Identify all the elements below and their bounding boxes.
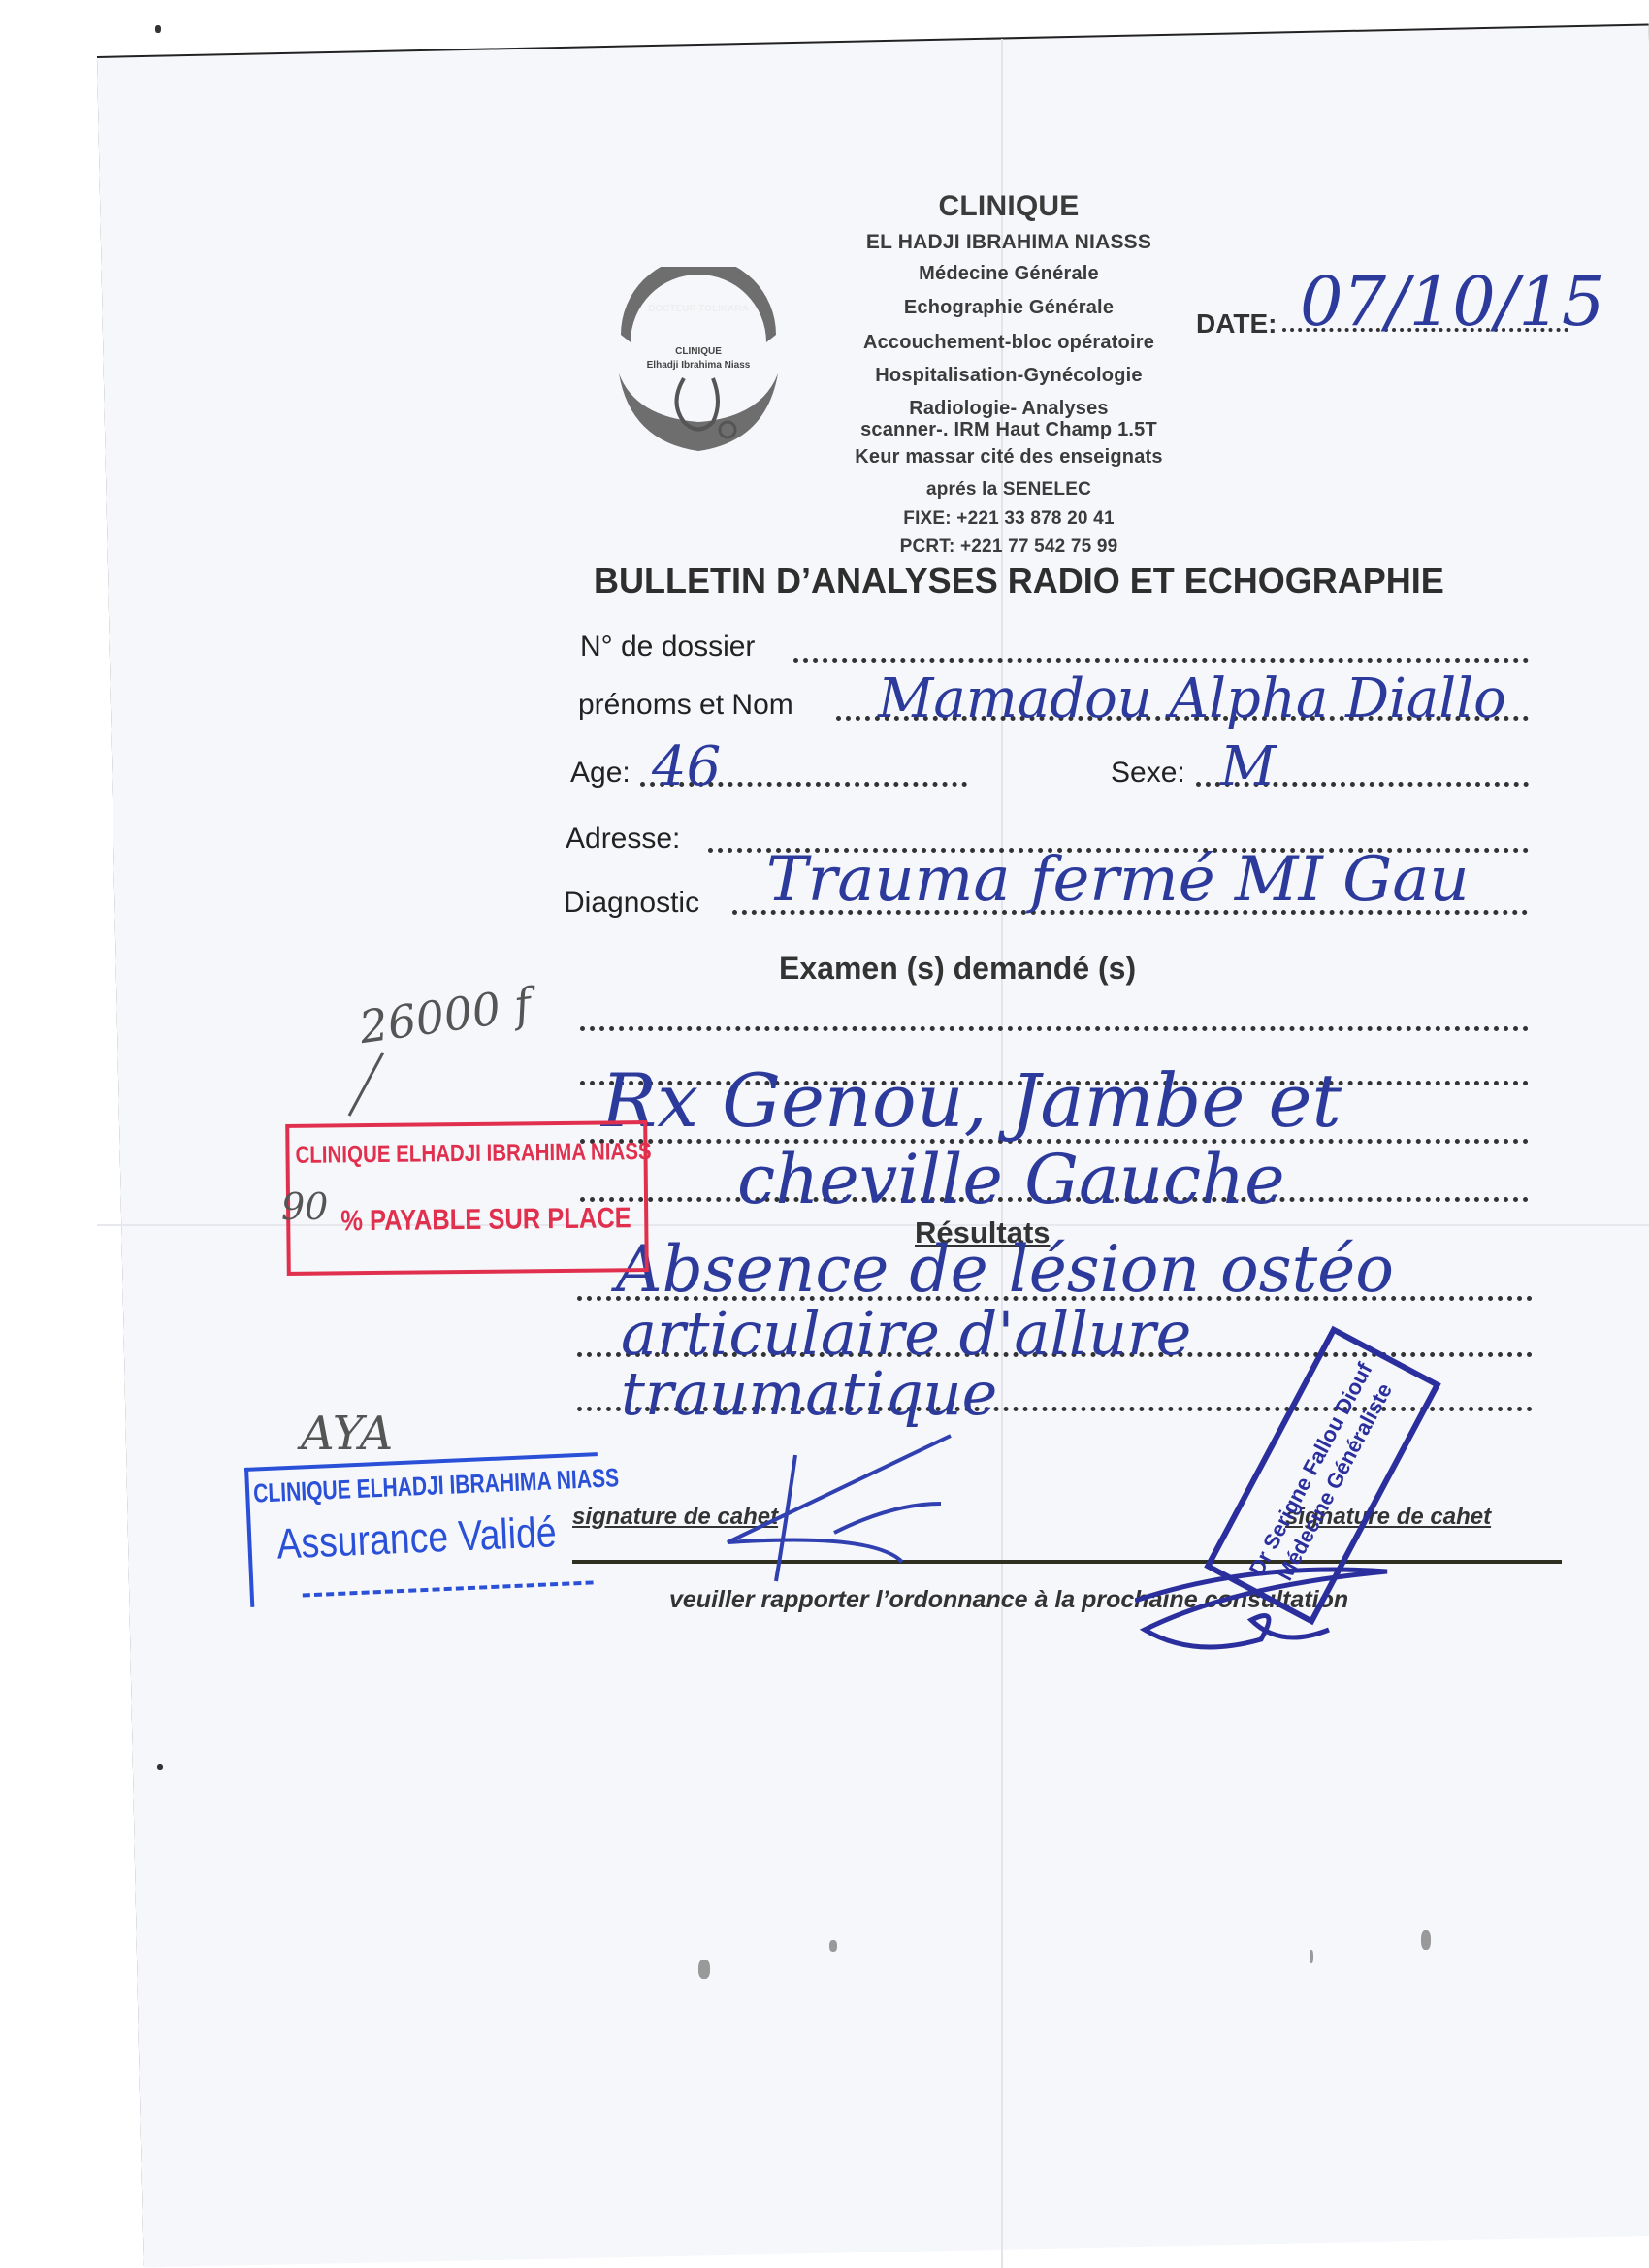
speck	[157, 1764, 163, 1770]
phone-fixe: FIXE: +221 33 878 20 41	[815, 508, 1203, 530]
dossier-label: N° de dossier	[580, 631, 755, 664]
sexe-value: M	[1220, 735, 1276, 798]
service-line: Accouchement-bloc opératoire	[815, 332, 1203, 354]
service-line: Echographie Générale	[815, 297, 1203, 319]
form-title: BULLETIN D’ANALYSES RADIO ET ECHOGRAPHIE	[594, 561, 1444, 601]
adresse-label: Adresse:	[566, 823, 680, 856]
speck	[829, 1940, 837, 1952]
service-line: scanner-. IRM Haut Champ 1.5T	[815, 419, 1203, 441]
insurance-stamp: CLINIQUE ELHADJI IBRAHIMA NIASS Assuranc…	[244, 1452, 603, 1607]
speck	[1421, 1930, 1431, 1950]
service-line: Médecine Générale	[815, 263, 1203, 285]
address-line: aprés la SENELEC	[815, 479, 1203, 501]
age-value: 46	[652, 735, 721, 798]
age-label: Age:	[570, 757, 630, 790]
clinic-name: EL HADJI IBRAHIMA NIASSS	[815, 231, 1203, 254]
clinic-title: CLINIQUE	[815, 190, 1203, 223]
insurance-stamp-line-1: CLINIQUE ELHADJI IBRAHIMA NIASS	[253, 1463, 620, 1508]
name-label: prénoms et Nom	[578, 689, 793, 722]
result-value-line-1: Absence de lésion ostéo	[616, 1232, 1394, 1307]
name-value: Mamadou Alpha Diallo	[878, 667, 1506, 730]
logo-arc-text: DOCTEUR TOLIKARA	[621, 304, 776, 314]
exam-value-line-1: Rx Genou, Jambe et	[601, 1057, 1342, 1144]
diagnostic-value: Trauma fermé MI Gau	[766, 844, 1470, 916]
diagnostic-label: Diagnostic	[564, 887, 699, 920]
address-line: Keur massar cité des enseignats	[815, 446, 1203, 469]
payment-stamp-line-1: CLINIQUE ELHADJI IBRAHIMA NIASS	[295, 1138, 651, 1170]
payment-percent-handwritten: 90	[281, 1185, 328, 1228]
speck	[698, 1960, 710, 1979]
service-line: Radiologie- Analyses	[815, 398, 1203, 420]
pencil-stroke	[339, 1048, 398, 1125]
initials-annotation: AYA	[301, 1407, 393, 1461]
insurance-stamp-line-2: Assurance Validé	[275, 1508, 557, 1570]
exams-title: Examen (s) demandé (s)	[779, 951, 1136, 987]
payment-stamp: CLINIQUE ELHADJI IBRAHIMA NIASS % PAYABL…	[285, 1120, 649, 1276]
sexe-label: Sexe:	[1111, 757, 1185, 790]
date-label: DATE:	[1196, 308, 1277, 340]
result-value-line-3: traumatique	[621, 1358, 997, 1429]
signature-scribble	[679, 1426, 1028, 1591]
exam-value-line-2: cheville Gauche	[737, 1140, 1285, 1219]
date-value: 07/10/15	[1300, 262, 1604, 341]
payment-stamp-line-2: % PAYABLE SUR PLACE	[340, 1202, 631, 1238]
speck	[1309, 1950, 1313, 1963]
speck	[155, 25, 161, 33]
dossier-field[interactable]	[793, 658, 1529, 663]
logo-line-1: CLINIQUE	[601, 346, 795, 357]
phone-port: PCRT: +221 77 542 75 99	[815, 536, 1203, 558]
service-line: Hospitalisation-Gynécologie	[815, 365, 1203, 387]
clinic-logo: DOCTEUR TOLIKARA CLINIQUE Elhadji Ibrahi…	[601, 267, 795, 461]
logo-line-2: Elhadji Ibrahima Niass	[601, 360, 795, 371]
exam-line[interactable]	[580, 1026, 1529, 1031]
